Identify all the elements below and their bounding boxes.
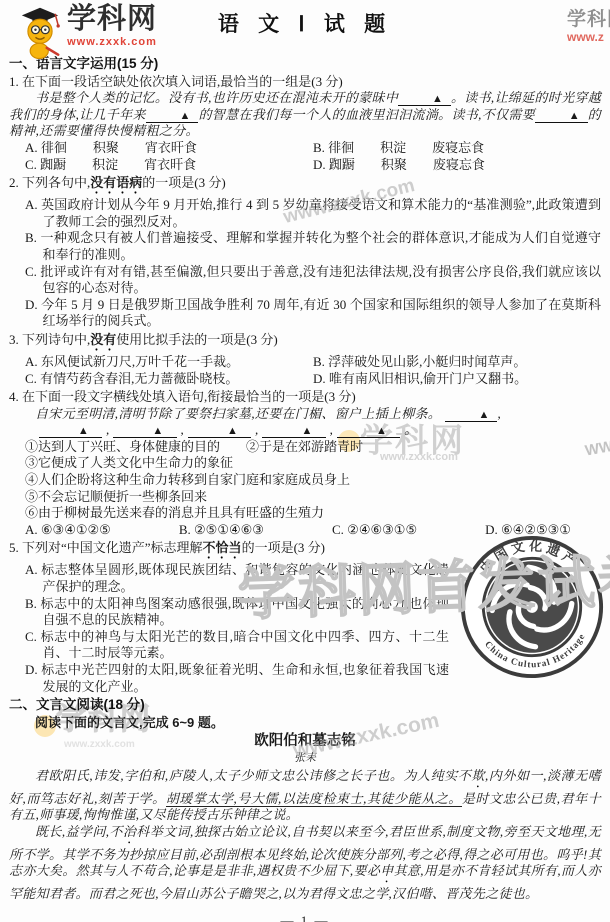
annotated-word: 申 [380, 863, 393, 878]
option-A: A. 标志整体呈圆形,既体现民族团结、和谐包容的文化内涵,也体现文化遗产保护的理… [25, 562, 449, 595]
option-C: C. 批评或许有对有错,甚至偏激,但只要出于善意,没有违犯法律法规,没有损害公序… [25, 264, 601, 297]
option-B: B. 浮萍破处见山影,小艇归时闻草声。 [313, 354, 601, 371]
annotated-word: 欺 [471, 768, 485, 783]
q3-options-row1: A. 东风便试新刀尺,万叶千花一手裁。B. 浮萍破处见山影,小艇归时闻草声。 [25, 354, 601, 371]
logo-text: 学科网 www.zxxk.com [67, 4, 157, 51]
option-B: B. ②⑤①④⑥③ [179, 522, 264, 539]
page-header: 学科网 www.zxxk.com 语 文 Ⅰ 试 题 [9, 0, 601, 54]
option-D: D. 标志中光芒四射的太阳,既象征着光明、生命和永恒,也象征着我国飞速发展的文化… [25, 662, 449, 695]
section2-heading: 二、文言文阅读(18 分) [9, 697, 601, 714]
sentence-3: ③它便成了人类文化中生命力的象征 [25, 455, 601, 472]
q4-lead-text: 自宋元至明清,清明节除了要祭扫家墓,还要在门楣、窗户上插上柳条。 [35, 406, 441, 421]
question-5: 5. 下列对“中国文化遗产”标志理解不恰当的一项是(3 分) A. 标志整体呈圆… [9, 540, 601, 695]
emphasized-term: 没有 [90, 332, 116, 347]
exam-body: 一、语言文字运用(15 分) 1. 在下面一段话空缺处依次填入词语,最恰当的一组… [9, 56, 601, 903]
sentence-1: ①达到人丁兴旺、身体健康的目的 [25, 439, 220, 454]
blank-slot: ▲ [113, 424, 176, 438]
q1-passage: 书是整个人类的记忆。没有书,也许历史还在混沌未开的蒙昧中▲。读书,让绵延的时光穿… [9, 90, 601, 140]
option-A: A. 徘徊 积聚 宵衣旰食 [25, 140, 313, 157]
classical-text-author: 张耒 [9, 750, 601, 767]
option-B: B. 一种观念只有被人们普遍接受、理解和掌握并转化为整个社会的群体意识,才能成为… [25, 230, 601, 263]
q1-options-row2: C. 踟蹰 积淀 宵衣旰食D. 踟蹰 积聚 废寝忘食 [25, 157, 601, 174]
china-cultural-heritage-stamp: 中 国 文 化 遗 产 China Cultural Heritage [453, 528, 610, 686]
option-B: B. 徘徊 积淀 废寝忘食 [313, 140, 601, 157]
q1-passage-text: 的智慧在我们每一个人的血液里汩汩流淌。读书,不仅需要 [198, 107, 534, 122]
q4-passage: 自宋元至明清,清明节除了要祭扫家墓,还要在门楣、窗户上插上柳条。 ▲, ▲,▲,… [9, 406, 601, 439]
blank-slot: ▲ [188, 424, 251, 438]
brand-site: www.zxxk.com [67, 34, 157, 51]
blank-slot: ▲ [39, 424, 102, 438]
option-D: D. 踟蹰 积聚 废寝忘食 [313, 157, 601, 174]
blank-slot: ▲ [146, 109, 199, 123]
question-3: 3. 下列诗句中,没有使用比拟手法的一项是(3 分) A. 东风便试新刀尺,万叶… [9, 332, 601, 387]
question-2: 2. 下列各句中,没有语病的一项是(3 分) A. 英国政府计划从今年 9 月开… [9, 175, 601, 330]
classical-text-title: 欧阳伯和墓志铭 [9, 733, 601, 750]
blank-slot: ▲ [262, 424, 325, 438]
q5-options: A. 标志整体呈圆形,既体现民族团结、和谐包容的文化内涵,也体现文化遗产保护的理… [9, 562, 449, 695]
page-number: — 1 — [9, 913, 601, 922]
annotated-word: 治 [123, 824, 136, 839]
q1-stem: 1. 在下面一段话空缺处依次填入词语,最恰当的一组是(3 分) [9, 74, 601, 91]
emphasized-term: 没有语病 [90, 175, 142, 190]
blank-slot: ▲ [535, 109, 588, 123]
emphasized-term: 不恰当 [203, 540, 242, 555]
q4-sentence-list: ①达到人丁兴旺、身体健康的目的 ②于是在郊游踏青时 ③它便成了人类文化中生命力的… [25, 439, 601, 522]
xkw-logo: 学科网 www.zxxk.com [15, 4, 157, 60]
mascot-icon [15, 4, 65, 60]
option-C: C. 标志中的神鸟与太阳光芒的数目,暗合中国文化中四季、四方、十二生肖、十二时辰… [25, 629, 449, 662]
section2-instruction: 阅读下面的文言文,完成 6~9 题。 [9, 715, 601, 732]
question-4: 4. 在下面一段文字横线处填入语句,衔接最恰当的一项是(3 分) 自宋元至明清,… [9, 389, 601, 538]
q3-options-row2: C. 有情芍药含春泪,无力蔷薇卧晓枝。D. 唯有南风旧相识,偷开门户又翻书。 [25, 371, 601, 388]
brand-name: 学科网 [67, 4, 157, 34]
sentence-5: ⑤不会忘记顺便折一些柳条回来 [25, 489, 601, 506]
classical-paragraph-1: 君欧阳氏,讳发,字伯和,庐陵人,太子少师文忠公讳修之长子也。为人纯实不欺,内外如… [9, 768, 601, 824]
sentence-4: ④人们企盼将这种生命力转移到自家门庭和家庭成员身上 [25, 472, 601, 489]
page-footer: — 1 — [9, 913, 601, 922]
option-B: B. 标志中的太阳神鸟图案动感很强,既体现中国文化强大的向心力,也体现自强不息的… [25, 596, 449, 629]
sentence-6: ⑥由于柳树最先送来春的消息并且具有旺盛的生殖力 [25, 505, 601, 522]
option-A: A. 东风便试新刀尺,万叶千花一手裁。 [25, 354, 313, 371]
blank-slot: ▲ [398, 92, 451, 106]
exam-page: 学科网 www.z www.zxxk.com 学科网 www.zxxk.com … [0, 0, 610, 922]
option-C: C. ②④⑥③①⑤ [332, 522, 417, 539]
q1-options-row1: A. 徘徊 积聚 宵衣旰食B. 徘徊 积淀 废寝忘食 [25, 140, 601, 157]
q2-stem: 2. 下列各句中,没有语病的一项是(3 分) [9, 175, 601, 197]
option-A: A. ⑥③④①②⑤ [25, 522, 111, 539]
q3-stem: 3. 下列诗句中,没有使用比拟手法的一项是(3 分) [9, 332, 601, 354]
q4-stem: 4. 在下面一段文字横线处填入语句,衔接最恰当的一项是(3 分) [9, 389, 601, 406]
underlined-sentence: 胡瑗掌太学,号大儒,以法度检束士,其徒少能从之。 [166, 791, 462, 807]
q1-passage-text: 书是整个人类的记忆。没有书,也许历史还在混沌未开的蒙昧中 [35, 90, 398, 105]
q4-item-row: ①达到人丁兴旺、身体健康的目的 ②于是在郊游踏青时 [25, 439, 601, 456]
classical-paragraph-2: 既长,益学问,不治科举文词,独探古始立论议,自书契以来至今,君臣世系,制度文物,… [9, 824, 601, 903]
blank-slot: ▲ [445, 408, 498, 422]
option-D: D. 唯有南风旧相识,偷开门户又翻书。 [313, 371, 601, 388]
q4-options-row: A. ⑥③④①②⑤ B. ②⑤①④⑥③ C. ②④⑥③①⑤ D. ⑥④②⑤③① [25, 522, 571, 539]
option-D: D. 今年 5 月 9 日是俄罗斯卫国战争胜利 70 周年,有近 30 个国家和… [25, 297, 601, 330]
sentence-2: ②于是在郊游踏青时 [246, 439, 363, 454]
blank-slot: ▲ [337, 424, 400, 438]
option-C: C. 踟蹰 积淀 宵衣旰食 [25, 157, 313, 174]
option-C: C. 有情芍药含春泪,无力蔷薇卧晓枝。 [25, 371, 313, 388]
option-A: A. 英国政府计划从今年 9 月开始,推行 4 到 5 岁幼童将接受语文和算术能… [25, 197, 601, 230]
question-1: 1. 在下面一段话空缺处依次填入词语,最恰当的一组是(3 分) 书是整个人类的记… [9, 74, 601, 174]
